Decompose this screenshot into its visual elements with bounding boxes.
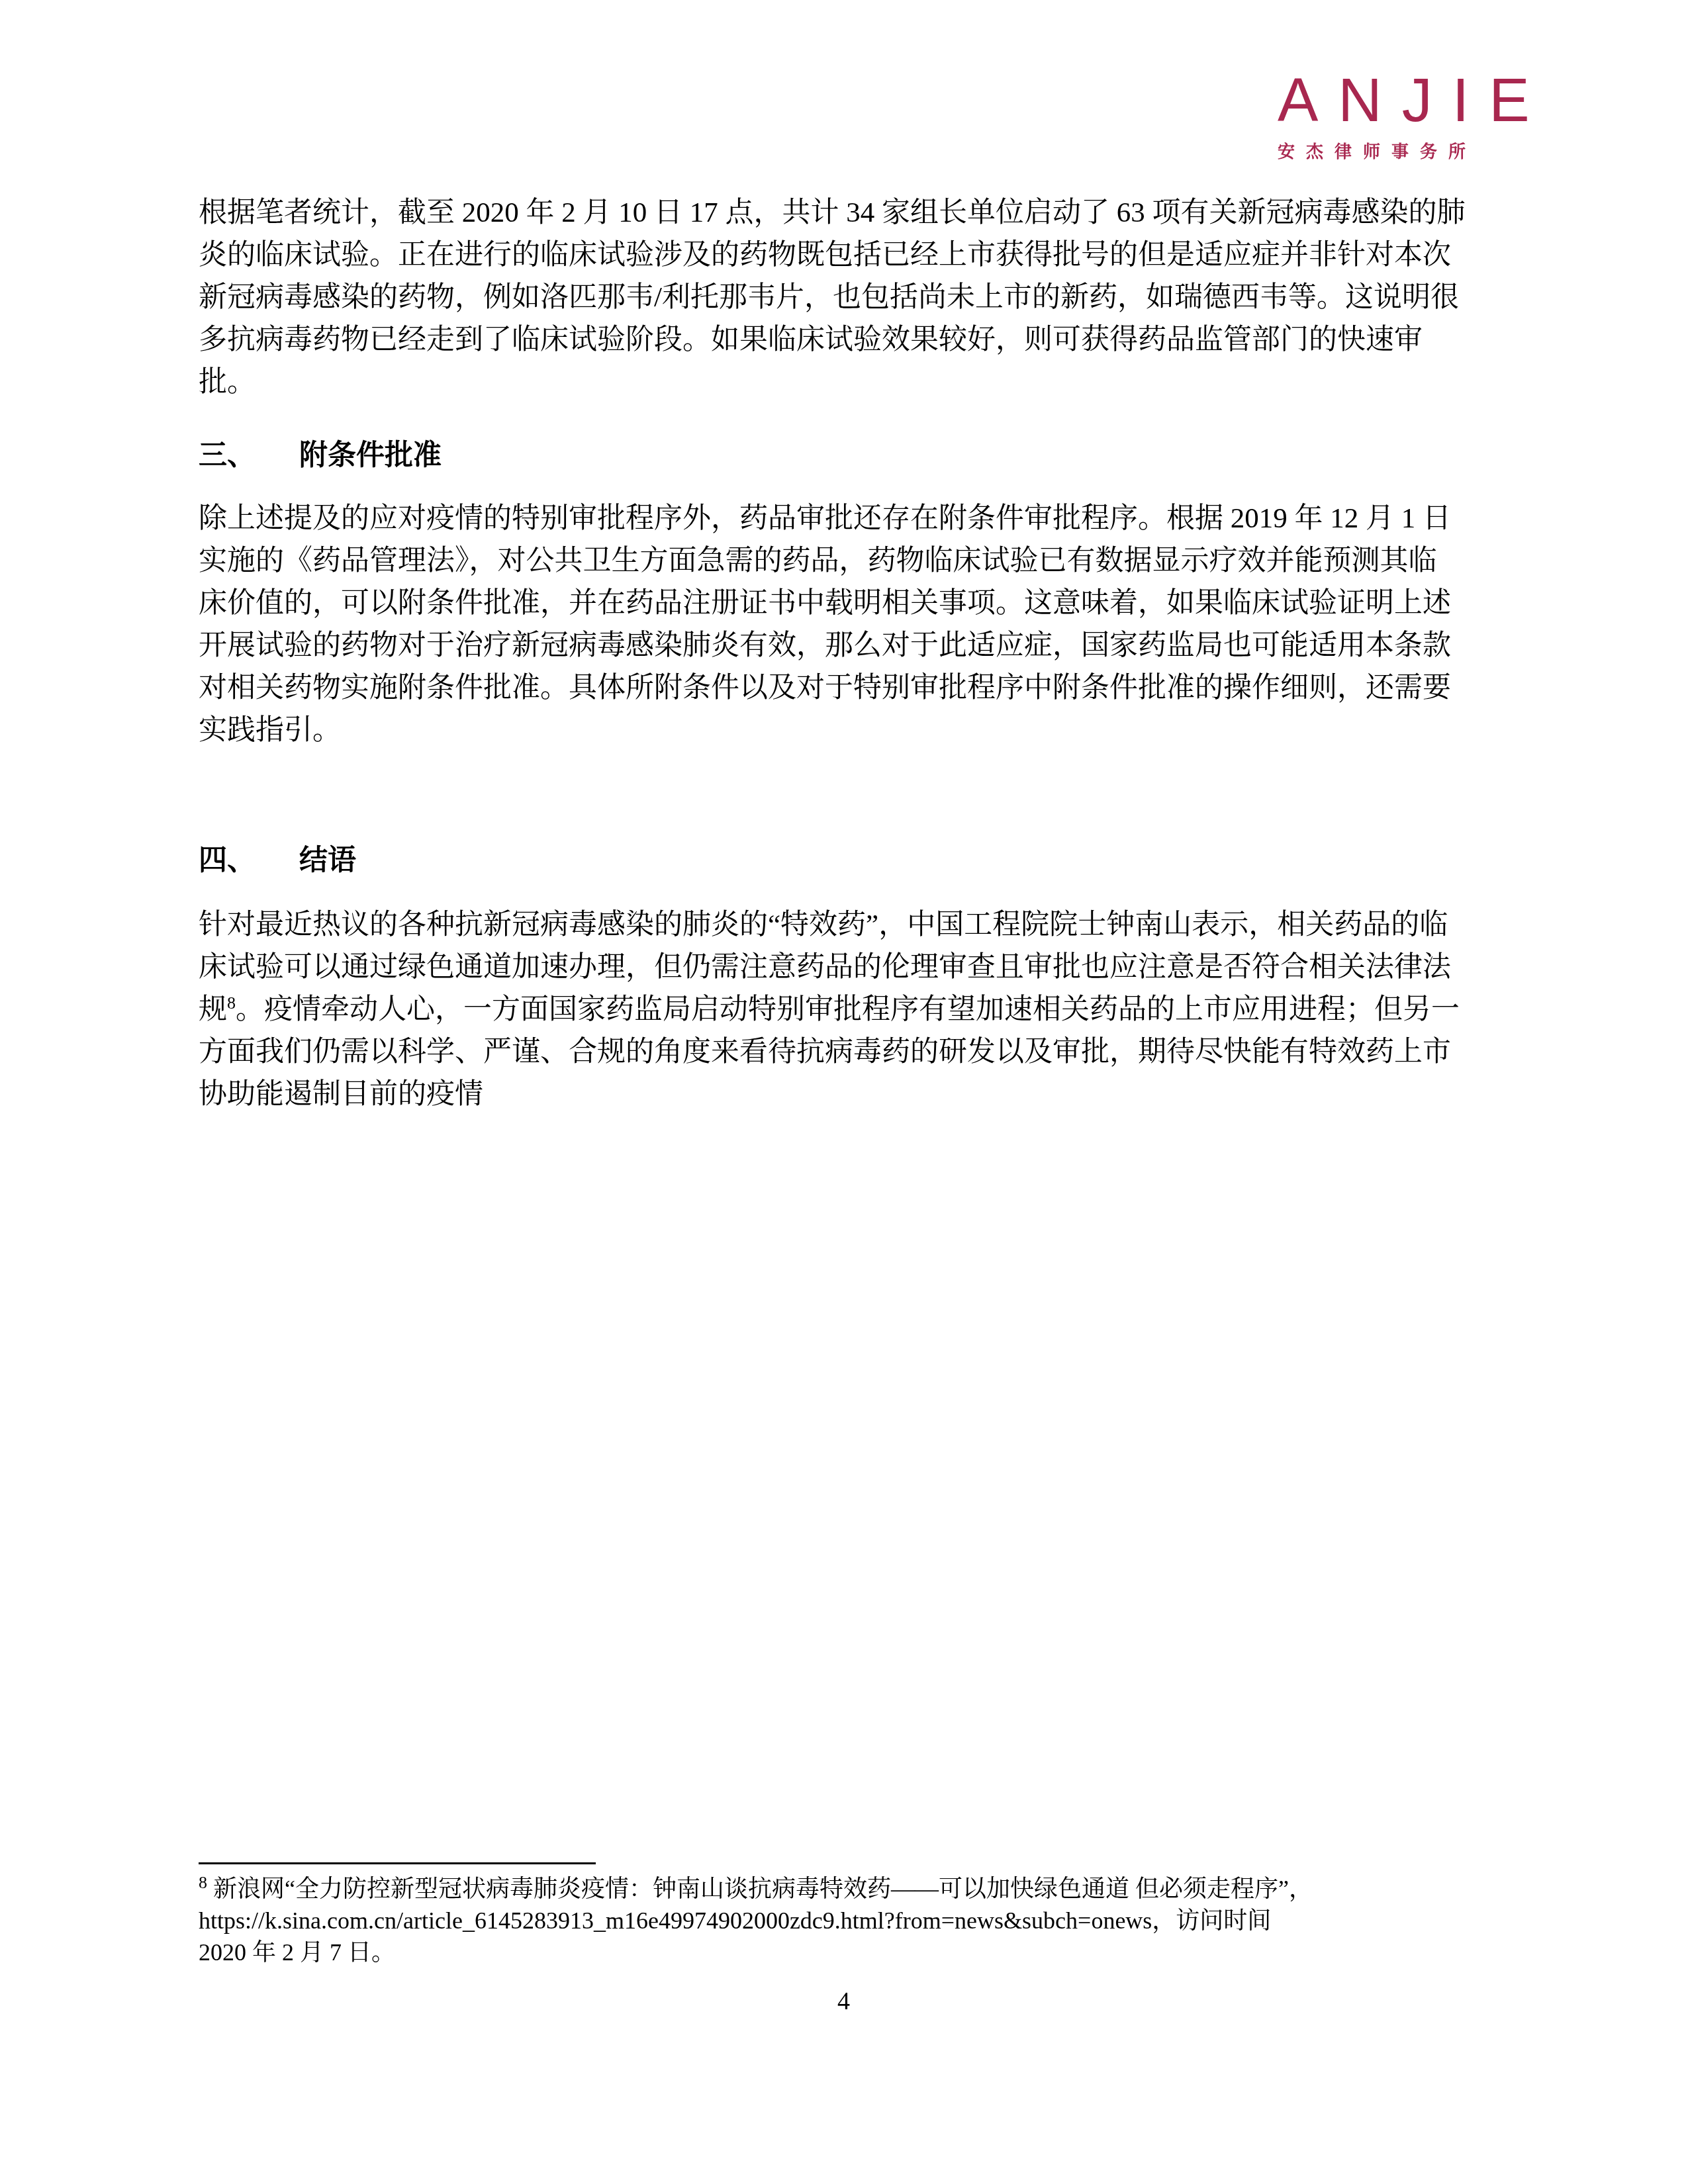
paragraph-line: 多抗病毒药物已经走到了临床试验阶段。如果临床试验效果较好，则可获得药品监管部门的…	[199, 319, 1496, 361]
footnote-url[interactable]: https://k.sina.com.cn/article_6145283913…	[199, 1905, 1496, 1936]
paragraph-line: 根据笔者统计，截至 2020 年 2 月 10 日 17 点，共计 34 家组长…	[199, 192, 1496, 234]
section-heading-4: 四、结语	[199, 839, 356, 882]
logo-wordmark: ANJIE	[1278, 74, 1503, 127]
section-title: 结语	[299, 844, 356, 877]
section4-paragraph: 针对最近热议的各种抗新冠病毒感染的肺炎的“特效药”，中国工程院院士钟南山表示，相…	[199, 904, 1496, 1116]
paragraph-line: 开展试验的药物对于治疗新冠病毒感染肺炎有效，那么对于此适应症，国家药监局也可能适…	[199, 625, 1496, 667]
footnote-reference[interactable]: 8	[227, 993, 236, 1013]
paragraph-line: 床价值的，可以附条件批准，并在药品注册证书中载明相关事项。这意味着，如果临床试验…	[199, 582, 1496, 625]
paragraph-line: 规8。疫情牵动人心，一方面国家药监局启动特别审批程序有望加速相关药品的上市应用进…	[199, 989, 1496, 1031]
section-title: 附条件批准	[299, 439, 442, 472]
footnote: 8 新浪网“全力防控新型冠状病毒肺炎疫情：钟南山谈抗病毒特效药——可以加快绿色通…	[199, 1873, 1496, 1968]
footnote-separator	[199, 1862, 596, 1864]
intro-paragraph: 根据笔者统计，截至 2020 年 2 月 10 日 17 点，共计 34 家组长…	[199, 192, 1496, 404]
footnote-number: 8	[199, 1873, 207, 1892]
paragraph-line: 炎的临床试验。正在进行的临床试验涉及的药物既包括已经上市获得批号的但是适应症并非…	[199, 234, 1496, 277]
paragraph-line: 实践指引。	[199, 709, 1496, 752]
paragraph-line: 新冠病毒感染的药物，例如洛匹那韦/利托那韦片，也包括尚未上市的新药，如瑞德西韦等…	[199, 277, 1496, 319]
page-number: 4	[837, 1985, 850, 2017]
paragraph-line: 批。	[199, 361, 1496, 404]
section-heading-3: 三、附条件批准	[199, 434, 442, 477]
paragraph-line: 方面我们仍需以科学、严谨、合规的角度来看待抗病毒药的研发以及审批，期待尽快能有特…	[199, 1031, 1496, 1073]
footnote-access-date: 2020 年 2 月 7 日。	[199, 1936, 1496, 1968]
section3-paragraph: 除上述提及的应对疫情的特别审批程序外，药品审批还存在附条件审批程序。根据 201…	[199, 498, 1496, 752]
paragraph-line: 针对最近热议的各种抗新冠病毒感染的肺炎的“特效药”，中国工程院院士钟南山表示，相…	[199, 904, 1496, 946]
paragraph-line: 床试验可以通过绿色通道加速办理，但仍需注意药品的伦理审查且审批也应注意是否符合相…	[199, 946, 1496, 989]
paragraph-line: 协助能遏制目前的疫情	[199, 1073, 1496, 1116]
paragraph-line: 对相关药物实施附条件批准。具体所附条件以及对于特别审批程序中附条件批准的操作细则…	[199, 667, 1496, 709]
footnote-text: 新浪网“全力防控新型冠状病毒肺炎疫情：钟南山谈抗病毒特效药——可以加快绿色通道 …	[207, 1876, 1313, 1902]
section-number: 三、	[199, 434, 299, 477]
anjie-logo: ANJIE 安杰律师事务所	[1278, 74, 1503, 173]
paragraph-line: 实施的《药品管理法》，对公共卫生方面急需的药品，药物临床试验已有数据显示疗效并能…	[199, 540, 1496, 582]
paragraph-line: 除上述提及的应对疫情的特别审批程序外，药品审批还存在附条件审批程序。根据 201…	[199, 498, 1496, 540]
section-number: 四、	[199, 839, 299, 882]
logo-chinese-name: 安杰律师事务所	[1278, 140, 1503, 164]
